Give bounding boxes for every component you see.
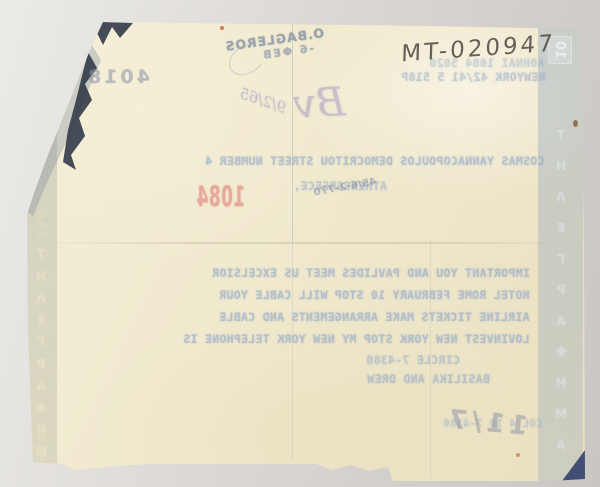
right-edge-strip: 10 ΤΗΛΕΓΡΑΦΗΜΑ <box>538 28 583 481</box>
pencil-marks: 11/7 <box>443 404 529 441</box>
ghost-message-line: LOVINVEST NEW YORK STOP MY NEW YORK TELE… <box>183 332 530 346</box>
ghost-signature-line: BASILIKA AND DREW <box>367 372 490 386</box>
strip-number: 910 <box>34 432 47 461</box>
ghost-message-line: AIRLINE TICKETS MAKE ARRANGEMENTS AND CA… <box>219 310 530 324</box>
telegram-paper: 310 ΤΗΛΕΓΡΑΦΗΜΑ 910 10 ΤΗΛΕΓΡΑΦΗΜΑ 4018 … <box>0 0 600 487</box>
strip-number: 310 <box>34 209 47 238</box>
strip-greek-text: ΤΗΛΕΓΡΑΦΗΜΑ <box>554 128 568 469</box>
ghost-preamble-line: NEWYORK 42/41 5 518P <box>401 70 545 84</box>
ghost-phone-line: CIRCLE 7-4380 <box>366 353 460 367</box>
fold-crease-horizontal <box>30 242 580 244</box>
ghost-message-line: IMPORTANT YOU AND PAVLIDES MEET US EXCEL… <box>212 266 530 280</box>
ghost-message-line: HOTEL ROME FEBRUARY 10 STOP WILL CABLE Y… <box>219 288 530 302</box>
ghost-address-line: COSMAS YANNACOPOULOS DEMOCRITOU STREET N… <box>205 154 545 168</box>
ghost-date-note-date: 9/2/65 <box>237 84 289 117</box>
ghost-number-4018: 4018 <box>85 66 150 88</box>
ghost-date-note-name: Bv <box>292 79 346 128</box>
ghost-date-note: Bv9/2/65 <box>238 79 347 130</box>
paper-speck <box>220 26 224 30</box>
ghost-red-number: 1084 <box>196 181 245 214</box>
paper-speck <box>516 453 520 457</box>
scanned-telegram-back: 310 ΤΗΛΕΓΡΑΦΗΜΑ 910 10 ΤΗΛΕΓΡΑΦΗΜΑ 4018 … <box>0 0 600 487</box>
paper-speck <box>573 120 578 127</box>
